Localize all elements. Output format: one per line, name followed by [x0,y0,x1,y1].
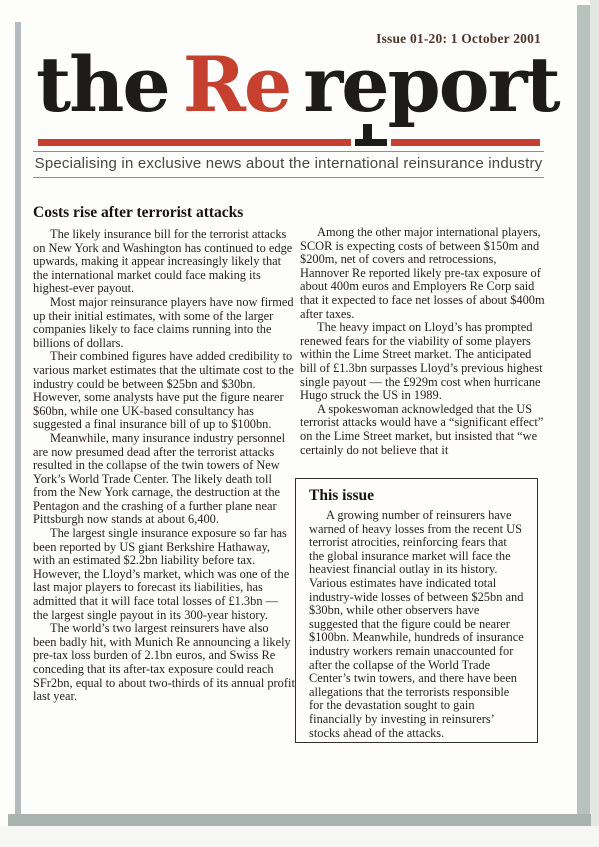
article-paragraph: The likely insurance bill for the terror… [33,228,295,296]
scan-edge-right-outer [590,0,599,828]
scan-background [0,826,599,847]
tagline-rule-top [33,151,544,152]
article-paragraph: Meanwhile, many insurance industry perso… [33,432,295,527]
scan-edge-bottom [8,814,591,826]
masthead-the: the [36,40,169,129]
article-paragraph: The largest single insurance exposure so… [33,527,295,622]
right-column: Among the other major international play… [300,226,546,457]
article-paragraph: Their combined figures have added credib… [33,350,295,432]
article-paragraph: A spokeswoman acknowledged that the US t… [300,403,546,457]
article-paragraph: The world’s two largest reinsurers have … [33,622,295,704]
tagline-rule-bottom [33,177,544,178]
newsletter-page: Issue 01-20: 1 October 2001 theRereport … [0,0,599,847]
article-paragraph: The heavy impact on Lloyd’s has prompted… [300,321,546,403]
left-column: Costs rise after terrorist attacks The l… [33,204,295,704]
masthead-rule [38,139,540,146]
article-paragraph: Among the other major international play… [300,226,546,321]
masthead-re: Re [183,40,291,129]
this-issue-body: A growing number of reinsurers have warn… [309,509,525,740]
masthead-rule-gap-right [387,139,391,146]
masthead-report: report [303,40,558,129]
this-issue-title: This issue [309,487,525,505]
masthead-p-descender-foot [355,139,387,146]
article-headline: Costs rise after terrorist attacks [33,204,295,222]
article-paragraph: Most major reinsurance players have now … [33,296,295,350]
tagline: Specialising in exclusive news about the… [33,155,544,172]
scan-edge-right [577,5,590,823]
masthead: theRereport [36,44,559,126]
this-issue-box: This issue A growing number of reinsurer… [295,478,538,743]
scan-edge-left [15,22,21,818]
